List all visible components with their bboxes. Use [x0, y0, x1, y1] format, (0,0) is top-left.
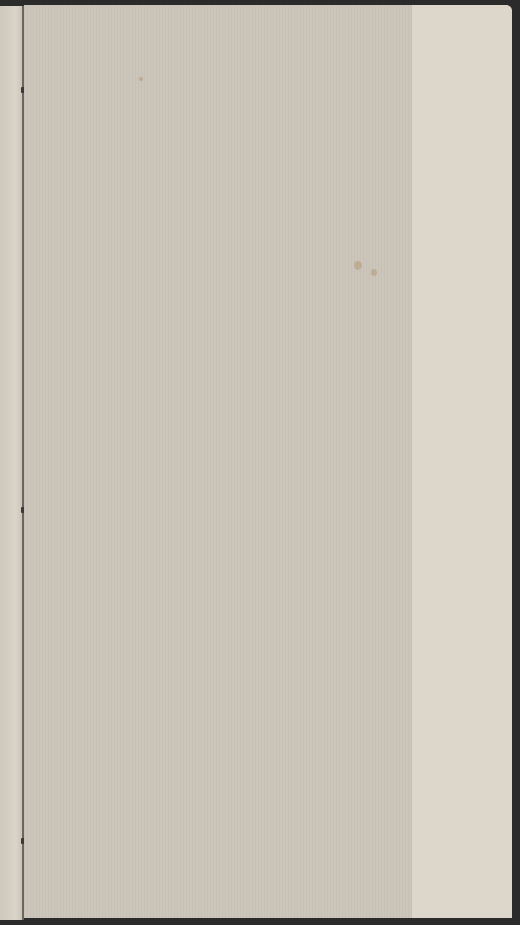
- paper-stain: [139, 77, 143, 81]
- paper-stain: [371, 269, 377, 276]
- page-text-block-area: [24, 5, 412, 918]
- scan-background: [0, 0, 520, 925]
- previous-page-edge: [0, 6, 23, 920]
- blank-page: [24, 5, 512, 918]
- paper-stain: [354, 261, 362, 270]
- page-outer-margin: [412, 5, 512, 918]
